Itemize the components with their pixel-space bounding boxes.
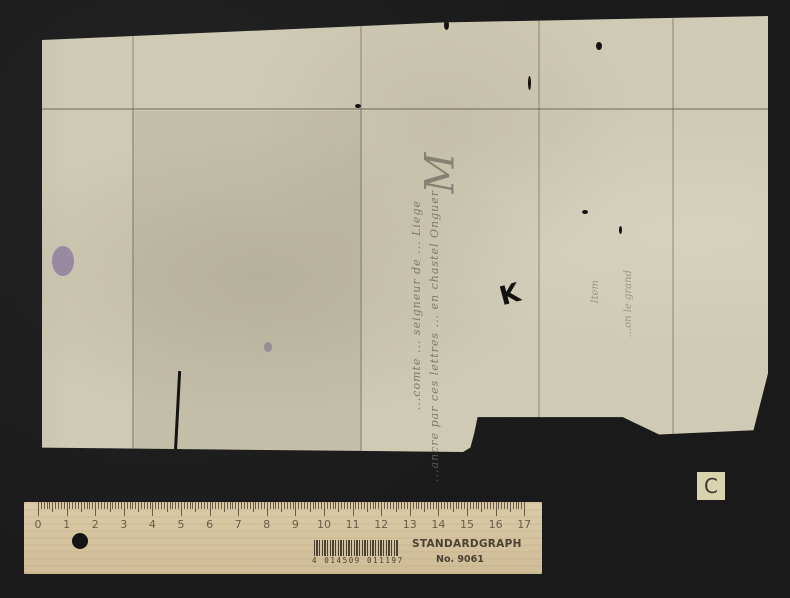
ruler-tick xyxy=(507,502,508,509)
faint-note: Item xyxy=(590,280,601,303)
ruler-tick xyxy=(524,502,525,516)
ruler-tick xyxy=(304,502,305,509)
ruler-tick xyxy=(298,502,299,509)
ruler-tick xyxy=(138,502,139,512)
ruler-tick xyxy=(273,502,274,509)
ruler-tick xyxy=(370,502,371,509)
inscription-line: ...comte ... seigneur de ... Liege xyxy=(410,200,423,410)
ruler-tick xyxy=(521,502,522,509)
ruler-tick xyxy=(458,502,459,509)
ruler-tick xyxy=(487,502,488,509)
ruler-tick xyxy=(221,502,222,509)
ruler-number: 13 xyxy=(403,518,417,531)
ruler-tick xyxy=(184,502,185,509)
ruler-tick xyxy=(381,502,382,516)
ruler-tick xyxy=(78,502,79,509)
ruler-tick xyxy=(413,502,414,509)
ruler-tick xyxy=(132,502,133,509)
ruler-tick xyxy=(295,502,296,516)
ruler-tick xyxy=(438,502,439,516)
ruler-number: 1 xyxy=(63,518,70,531)
ruler-tick xyxy=(44,502,45,509)
barcode-number: 4 014509 011197 xyxy=(312,556,404,565)
ruler-tick xyxy=(450,502,451,509)
ruler-tick xyxy=(510,502,511,512)
ruler-tick xyxy=(172,502,173,509)
ruler-number: 0 xyxy=(35,518,42,531)
ruler-tick xyxy=(350,502,351,509)
ink-blot xyxy=(619,226,622,234)
ruler-tick xyxy=(258,502,259,509)
ruler-ticks: 01234567891011121314151617 xyxy=(38,502,528,524)
ruler-tick xyxy=(190,502,191,509)
ruler-number: 12 xyxy=(374,518,388,531)
ruler-tick xyxy=(341,502,342,509)
ruler-tick xyxy=(464,502,465,509)
ruler-tick xyxy=(152,502,153,516)
ruler-tick xyxy=(396,502,397,512)
ruler-number: 17 xyxy=(517,518,531,531)
ruler-tick xyxy=(456,502,457,509)
ruler-tick xyxy=(318,502,319,509)
ruler-tick xyxy=(275,502,276,509)
ruler-tick xyxy=(158,502,159,509)
damp-stain xyxy=(132,111,362,451)
ruler-tick xyxy=(293,502,294,509)
ruler-tick xyxy=(112,502,113,509)
ruler-tick xyxy=(281,502,282,512)
ruler-tick xyxy=(496,502,497,516)
ruler-tick xyxy=(238,502,239,516)
ruler-tick xyxy=(393,502,394,509)
ruler-tick xyxy=(418,502,419,509)
ruler-tick xyxy=(64,502,65,509)
ink-blot xyxy=(355,104,361,108)
ruler-tick xyxy=(218,502,219,509)
ruler-number: 6 xyxy=(206,518,213,531)
ruler-tick xyxy=(224,502,225,512)
ruler-tick xyxy=(287,502,288,509)
ruler-tick xyxy=(210,502,211,516)
ruler-tick xyxy=(72,502,73,509)
ruler-tick xyxy=(110,502,111,512)
initial-capital: M xyxy=(417,153,463,194)
ruler-tick xyxy=(321,502,322,509)
horizontal-fold-line xyxy=(42,108,768,110)
ruler-tick xyxy=(87,502,88,509)
ruler-tick xyxy=(107,502,108,509)
ruler-tick xyxy=(284,502,285,509)
ruler-tick xyxy=(398,502,399,509)
vertical-fold-line xyxy=(672,16,674,452)
ruler-tick xyxy=(104,502,105,509)
ruler-tick xyxy=(324,502,325,516)
ruler-tick xyxy=(264,502,265,509)
ruler-tick xyxy=(175,502,176,509)
ruler-tick xyxy=(250,502,251,509)
ruler-number: 3 xyxy=(120,518,127,531)
ruler-tick xyxy=(361,502,362,509)
scale-ruler: 01234567891011121314151617 4 014509 0111… xyxy=(24,502,542,574)
ruler-tick xyxy=(144,502,145,509)
ruler-number: 16 xyxy=(489,518,503,531)
ruler-tick xyxy=(198,502,199,509)
ruler-tick xyxy=(207,502,208,509)
ruler-tick xyxy=(161,502,162,509)
ruler-tick xyxy=(89,502,90,509)
inscription-line: ...ancre par ces lettres ... en chastel … xyxy=(428,190,441,482)
ruler-tick xyxy=(441,502,442,509)
ink-blot xyxy=(596,42,602,50)
ruler-tick xyxy=(244,502,245,509)
ruler-tick xyxy=(150,502,151,509)
ruler-model: No. 9061 xyxy=(436,554,484,565)
ruler-tick xyxy=(47,502,48,509)
ruler-tick xyxy=(267,502,268,516)
ruler-number: 14 xyxy=(431,518,445,531)
ruler-tick xyxy=(241,502,242,509)
ruler-number: 15 xyxy=(460,518,474,531)
ruler-tick xyxy=(355,502,356,509)
ink-stain xyxy=(264,342,272,352)
ruler-tick xyxy=(235,502,236,509)
faint-note: ...on le grand xyxy=(623,270,634,337)
barcode xyxy=(314,540,398,556)
ruler-tick xyxy=(247,502,248,509)
ink-blot xyxy=(528,76,531,90)
ruler-tick xyxy=(470,502,471,509)
ruler-tick xyxy=(147,502,148,509)
ruler-tick xyxy=(421,502,422,509)
ruler-tick xyxy=(124,502,125,516)
ruler-tick xyxy=(253,502,254,512)
ruler-tick xyxy=(513,502,514,509)
ruler-tick xyxy=(333,502,334,509)
ruler-tick xyxy=(141,502,142,509)
ruler-tick xyxy=(195,502,196,512)
ruler-tick xyxy=(84,502,85,509)
ruler-tick xyxy=(101,502,102,509)
ruler-tick xyxy=(98,502,99,509)
vertical-fold-line xyxy=(538,16,540,452)
ruler-tick xyxy=(55,502,56,509)
ruler-tick xyxy=(41,502,42,509)
ruler-tick xyxy=(473,502,474,509)
ruler-tick xyxy=(384,502,385,509)
vertical-fold-line xyxy=(132,16,134,452)
ruler-tick xyxy=(461,502,462,509)
ruler-tick xyxy=(338,502,339,512)
ruler-tick xyxy=(164,502,165,509)
ruler-number: 10 xyxy=(317,518,331,531)
ruler-tick xyxy=(498,502,499,509)
ruler-tick xyxy=(410,502,411,516)
ruler-tick xyxy=(135,502,136,509)
ruler-tick xyxy=(330,502,331,509)
ruler-tick xyxy=(155,502,156,509)
ruler-tick xyxy=(192,502,193,509)
ruler-number: 7 xyxy=(235,518,242,531)
ruler-tick xyxy=(401,502,402,509)
ruler-tick xyxy=(215,502,216,509)
ruler-tick xyxy=(278,502,279,509)
ruler-tick xyxy=(313,502,314,509)
ruler-tick xyxy=(315,502,316,509)
ruler-number: 2 xyxy=(92,518,99,531)
ruler-tick xyxy=(518,502,519,509)
ruler-tick xyxy=(453,502,454,512)
ruler-tick xyxy=(255,502,256,509)
ruler-tick xyxy=(130,502,131,509)
ruler-tick xyxy=(69,502,70,509)
ruler-tick xyxy=(504,502,505,509)
ruler-tick xyxy=(181,502,182,516)
ruler-number: 8 xyxy=(263,518,270,531)
ruler-tick xyxy=(347,502,348,509)
address-inscription: M ...ancre par ces lettres ... en chaste… xyxy=(380,150,490,410)
ruler-number: 11 xyxy=(346,518,360,531)
ruler-tick xyxy=(290,502,291,509)
ruler-tick xyxy=(430,502,431,509)
ruler-tick xyxy=(433,502,434,509)
ruler-tick xyxy=(167,502,168,512)
ink-blot xyxy=(582,210,588,214)
ruler-tick xyxy=(516,502,517,509)
ruler-number: 9 xyxy=(292,518,299,531)
ruler-tick xyxy=(358,502,359,509)
ruler-tick xyxy=(476,502,477,509)
ruler-number: 4 xyxy=(149,518,156,531)
ruler-tick xyxy=(178,502,179,509)
ruler-tick xyxy=(407,502,408,509)
ruler-tick xyxy=(212,502,213,509)
ruler-tick xyxy=(270,502,271,509)
ruler-tick xyxy=(204,502,205,509)
ruler-tick xyxy=(92,502,93,509)
vertical-fold-line xyxy=(360,16,362,452)
ruler-tick xyxy=(81,502,82,512)
ruler-tick xyxy=(310,502,311,512)
ruler-tick xyxy=(232,502,233,509)
ruler-tick xyxy=(444,502,445,509)
ruler-tick xyxy=(230,502,231,509)
ruler-tick xyxy=(375,502,376,509)
plate-label-text: C xyxy=(704,474,718,498)
ruler-tick xyxy=(327,502,328,509)
ruler-tick xyxy=(404,502,405,509)
ruler-tick xyxy=(67,502,68,516)
plate-label: C xyxy=(697,472,725,500)
ruler-tick xyxy=(58,502,59,509)
ruler-tick xyxy=(49,502,50,509)
ruler-tick xyxy=(478,502,479,509)
wax-seal-residue xyxy=(52,246,74,276)
ruler-tick xyxy=(61,502,62,509)
ruler-tick xyxy=(387,502,388,509)
ruler-tick xyxy=(481,502,482,512)
ruler-number: 5 xyxy=(178,518,185,531)
ruler-tick xyxy=(115,502,116,509)
ruler-tick xyxy=(364,502,365,509)
ruler-tick xyxy=(201,502,202,509)
ruler-tick xyxy=(301,502,302,509)
ruler-tick xyxy=(261,502,262,509)
ruler-tick xyxy=(436,502,437,509)
ruler-tick xyxy=(427,502,428,509)
ruler-tick xyxy=(447,502,448,509)
ruler-tick xyxy=(127,502,128,509)
ruler-tick xyxy=(52,502,53,512)
ruler-tick xyxy=(373,502,374,509)
ruler-tick xyxy=(493,502,494,509)
ruler-tick xyxy=(187,502,188,509)
ink-blot xyxy=(444,20,449,30)
ruler-tick xyxy=(353,502,354,516)
ruler-tick xyxy=(378,502,379,509)
ruler-hole xyxy=(72,533,88,549)
ruler-tick xyxy=(367,502,368,512)
ruler-tick xyxy=(416,502,417,509)
ruler-tick xyxy=(227,502,228,509)
ruler-tick xyxy=(95,502,96,516)
ruler-tick xyxy=(121,502,122,509)
ruler-tick xyxy=(344,502,345,509)
ruler-tick xyxy=(484,502,485,509)
photo-scene: M ...ancre par ces lettres ... en chaste… xyxy=(0,0,790,598)
ruler-tick xyxy=(501,502,502,509)
ruler-tick xyxy=(467,502,468,516)
ruler-tick xyxy=(490,502,491,509)
ruler-tick xyxy=(38,502,39,516)
ruler-tick xyxy=(118,502,119,509)
ruler-tick xyxy=(424,502,425,512)
ruler-tick xyxy=(390,502,391,509)
ruler-tick xyxy=(170,502,171,509)
ruler-tick xyxy=(307,502,308,509)
ruler-brand: STANDARDGRAPH xyxy=(412,538,522,550)
ruler-tick xyxy=(335,502,336,509)
ruler-tick xyxy=(75,502,76,509)
